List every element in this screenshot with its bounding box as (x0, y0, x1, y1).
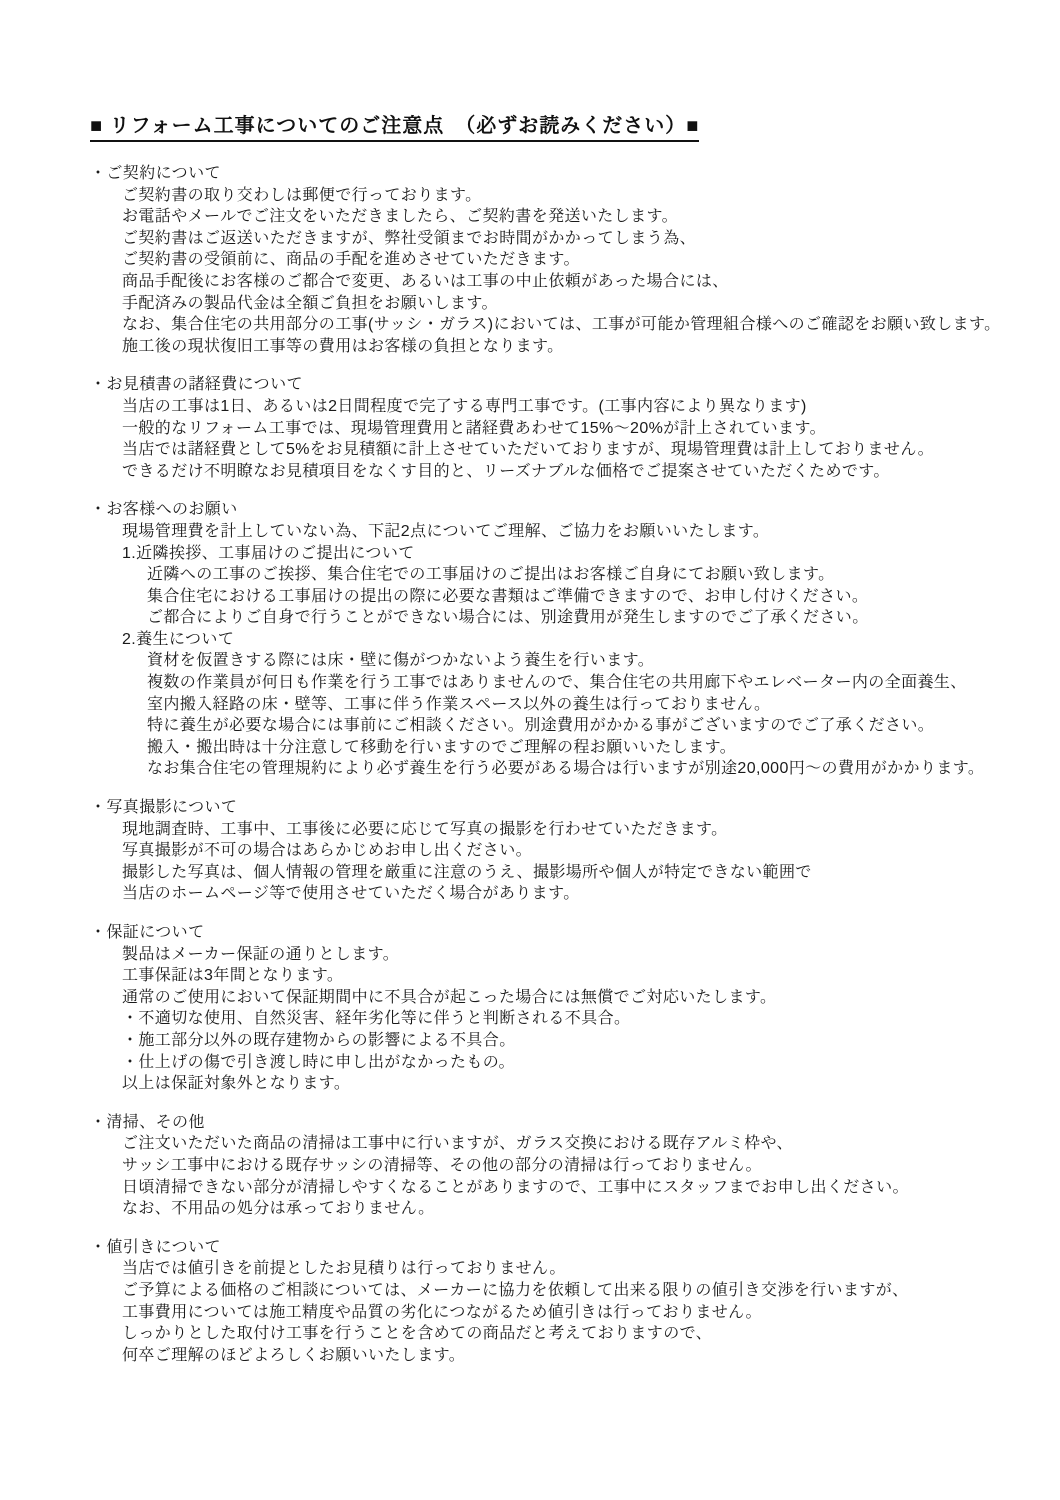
section-line: 施工後の現状復旧工事等の費用はお客様の負担となります。 (122, 336, 1020, 358)
section-heading: ・ご契約について (90, 163, 1020, 185)
section-line: 製品はメーカー保証の通りとします。 (122, 944, 1020, 966)
section-line: 特に養生が必要な場合には事前にご相談ください。別途費用がかかる事がございますので… (147, 715, 1020, 737)
section-heading: ・清掃、その他 (90, 1112, 1020, 1134)
section-line: お電話やメールでご注文をいただきましたら、ご契約書を発送いたします。 (122, 206, 1020, 228)
section-heading: ・お客様へのお願い (90, 499, 1020, 521)
section-line: 撮影した写真は、個人情報の管理を厳重に注意のうえ、撮影場所や個人が特定できない範… (122, 862, 1020, 884)
section-line: 当店では諸経費として5%をお見積額に計上させていただいておりますが、現場管理費は… (122, 439, 1020, 461)
section-line: 通常のご使用において保証期間中に不具合が起こった場合には無償でご対応いたします。 (122, 987, 1020, 1009)
notice-section: ・保証について 製品はメーカー保証の通りとします。 工事保証は3年間となります。… (90, 922, 1020, 1095)
section-line: 資材を仮置きする際には床・壁に傷がつかないよう養生を行います。 (147, 650, 1020, 672)
section-line: しっかりとした取付け工事を行うことを含めての商品だと考えておりますので、 (122, 1323, 1020, 1345)
notice-section: ・清掃、その他 ご注文いただいた商品の清掃は工事中に行いますが、ガラス交換におけ… (90, 1112, 1020, 1220)
section-heading: ・値引きについて (90, 1237, 1020, 1259)
notice-section: ・値引きについて 当店では値引きを前提としたお見積りは行っておりません。 ご予算… (90, 1237, 1020, 1367)
section-lines: ご注文いただいた商品の清掃は工事中に行いますが、ガラス交換における既存アルミ枠や… (90, 1133, 1020, 1219)
section-lines: 製品はメーカー保証の通りとします。 工事保証は3年間となります。 通常のご使用に… (90, 944, 1020, 1095)
section-line: 一般的なリフォーム工事では、現場管理費用と諸経費あわせて15%～20%が計上され… (122, 418, 1020, 440)
section-line: 近隣への工事のご挨拶、集合住宅での工事届けのご提出はお客様ご自身にてお願い致しま… (147, 564, 1020, 586)
notice-section: ・ご契約について ご契約書の取り交わしは郵便で行っております。 お電話やメールで… (90, 163, 1020, 357)
section-lines: 当店の工事は1日、あるいは2日間程度で完了する専門工事です。(工事内容により異な… (90, 396, 1020, 482)
section-lines: ご契約書の取り交わしは郵便で行っております。 お電話やメールでご注文をいただきま… (90, 185, 1020, 358)
section-line: 現場管理費を計上していない為、下記2点についてご理解、ご協力をお願いいたします。 (122, 521, 1020, 543)
section-line: なお、不用品の処分は承っておりません。 (122, 1198, 1020, 1220)
notice-section: ・お客様へのお願い 現場管理費を計上していない為、下記2点についてご理解、ご協力… (90, 499, 1020, 780)
section-lines: 当店では値引きを前提としたお見積りは行っておりません。 ご予算による価格のご相談… (90, 1258, 1020, 1366)
sections-container: ・ご契約について ご契約書の取り交わしは郵便で行っております。 お電話やメールで… (90, 163, 1020, 1366)
section-line: ご都合によりご自身で行うことができない場合には、別途費用が発生しますのでご了承く… (147, 607, 1020, 629)
section-line: 当店の工事は1日、あるいは2日間程度で完了する専門工事です。(工事内容により異な… (122, 396, 1020, 418)
section-line: サッシ工事中における既存サッシの清掃等、その他の部分の清掃は行っておりません。 (122, 1155, 1020, 1177)
section-heading: ・写真撮影について (90, 797, 1020, 819)
section-line: ・施工部分以外の既存建物からの影響による不具合。 (122, 1030, 1020, 1052)
section-line: 日頃清掃できない部分が清掃しやすくなることがありますので、工事中にスタッフまでお… (122, 1177, 1020, 1199)
section-line: ・仕上げの傷で引き渡し時に申し出がなかったもの。 (122, 1052, 1020, 1074)
section-line: 以上は保証対象外となります。 (122, 1073, 1020, 1095)
section-line: 工事費用については施工精度や品質の劣化につながるため値引きは行っておりません。 (122, 1302, 1020, 1324)
section-line: できるだけ不明瞭なお見積項目をなくす目的と、リーズナブルな価格でご提案させていた… (122, 461, 1020, 483)
section-line: 当店のホームページ等で使用させていただく場合があります。 (122, 883, 1020, 905)
section-lines: 現場管理費を計上していない為、下記2点についてご理解、ご協力をお願いいたします。… (90, 521, 1020, 780)
section-line: 室内搬入経路の床・壁等、工事に伴う作業スペース以外の養生は行っておりません。 (147, 694, 1020, 716)
section-line: 手配済みの製品代金は全額ご負担をお願いします。 (122, 293, 1020, 315)
section-line: 商品手配後にお客様のご都合で変更、あるいは工事の中止依頼があった場合には、 (122, 271, 1020, 293)
page-title: ■ リフォーム工事についてのご注意点 （必ずお読みください）■ (90, 113, 699, 142)
section-line: ご契約書の取り交わしは郵便で行っております。 (122, 185, 1020, 207)
section-line: 現地調査時、工事中、工事後に必要に応じて写真の撮影を行わせていただきます。 (122, 819, 1020, 841)
section-line: ご注文いただいた商品の清掃は工事中に行いますが、ガラス交換における既存アルミ枠や… (122, 1133, 1020, 1155)
section-line: ご契約書はご返送いただきますが、弊社受領までお時間がかかってしまう為、 (122, 228, 1020, 250)
section-line: なお、集合住宅の共用部分の工事(サッシ・ガラス)においては、工事が可能か管理組合… (122, 314, 1020, 336)
section-line: 写真撮影が不可の場合はあらかじめお申し出ください。 (122, 840, 1020, 862)
section-line: 何卒ご理解のほどよろしくお願いいたします。 (122, 1345, 1020, 1367)
section-line: 搬入・搬出時は十分注意して移動を行いますのでご理解の程お願いいたします。 (147, 737, 1020, 759)
section-lines: 現地調査時、工事中、工事後に必要に応じて写真の撮影を行わせていただきます。 写真… (90, 819, 1020, 905)
section-line: ・不適切な使用、自然災害、経年劣化等に伴うと判断される不具合。 (122, 1008, 1020, 1030)
document-page: ■ リフォーム工事についてのご注意点 （必ずお読みください）■ ・ご契約について… (0, 0, 1060, 1500)
section-line: 集合住宅における工事届けの提出の際に必要な書類はご準備できますので、お申し付けく… (147, 586, 1020, 608)
section-line: 2.養生について (122, 629, 1020, 651)
section-line: ご予算による価格のご相談については、メーカーに協力を依頼して出来る限りの値引き交… (122, 1280, 1020, 1302)
section-line: 1.近隣挨拶、工事届けのご提出について (122, 543, 1020, 565)
notice-section: ・写真撮影について 現地調査時、工事中、工事後に必要に応じて写真の撮影を行わせて… (90, 797, 1020, 905)
section-line: ご契約書の受領前に、商品の手配を進めさせていただきます。 (122, 249, 1020, 271)
notice-section: ・お見積書の諸経費について 当店の工事は1日、あるいは2日間程度で完了する専門工… (90, 374, 1020, 482)
section-line: 当店では値引きを前提としたお見積りは行っておりません。 (122, 1258, 1020, 1280)
section-heading: ・お見積書の諸経費について (90, 374, 1020, 396)
section-heading: ・保証について (90, 922, 1020, 944)
section-line: 複数の作業員が何日も作業を行う工事ではありませんので、集合住宅の共用廊下やエレベ… (147, 672, 1020, 694)
section-line: なお集合住宅の管理規約により必ず養生を行う必要がある場合は行いますが別途20,0… (147, 758, 1020, 780)
section-line: 工事保証は3年間となります。 (122, 965, 1020, 987)
